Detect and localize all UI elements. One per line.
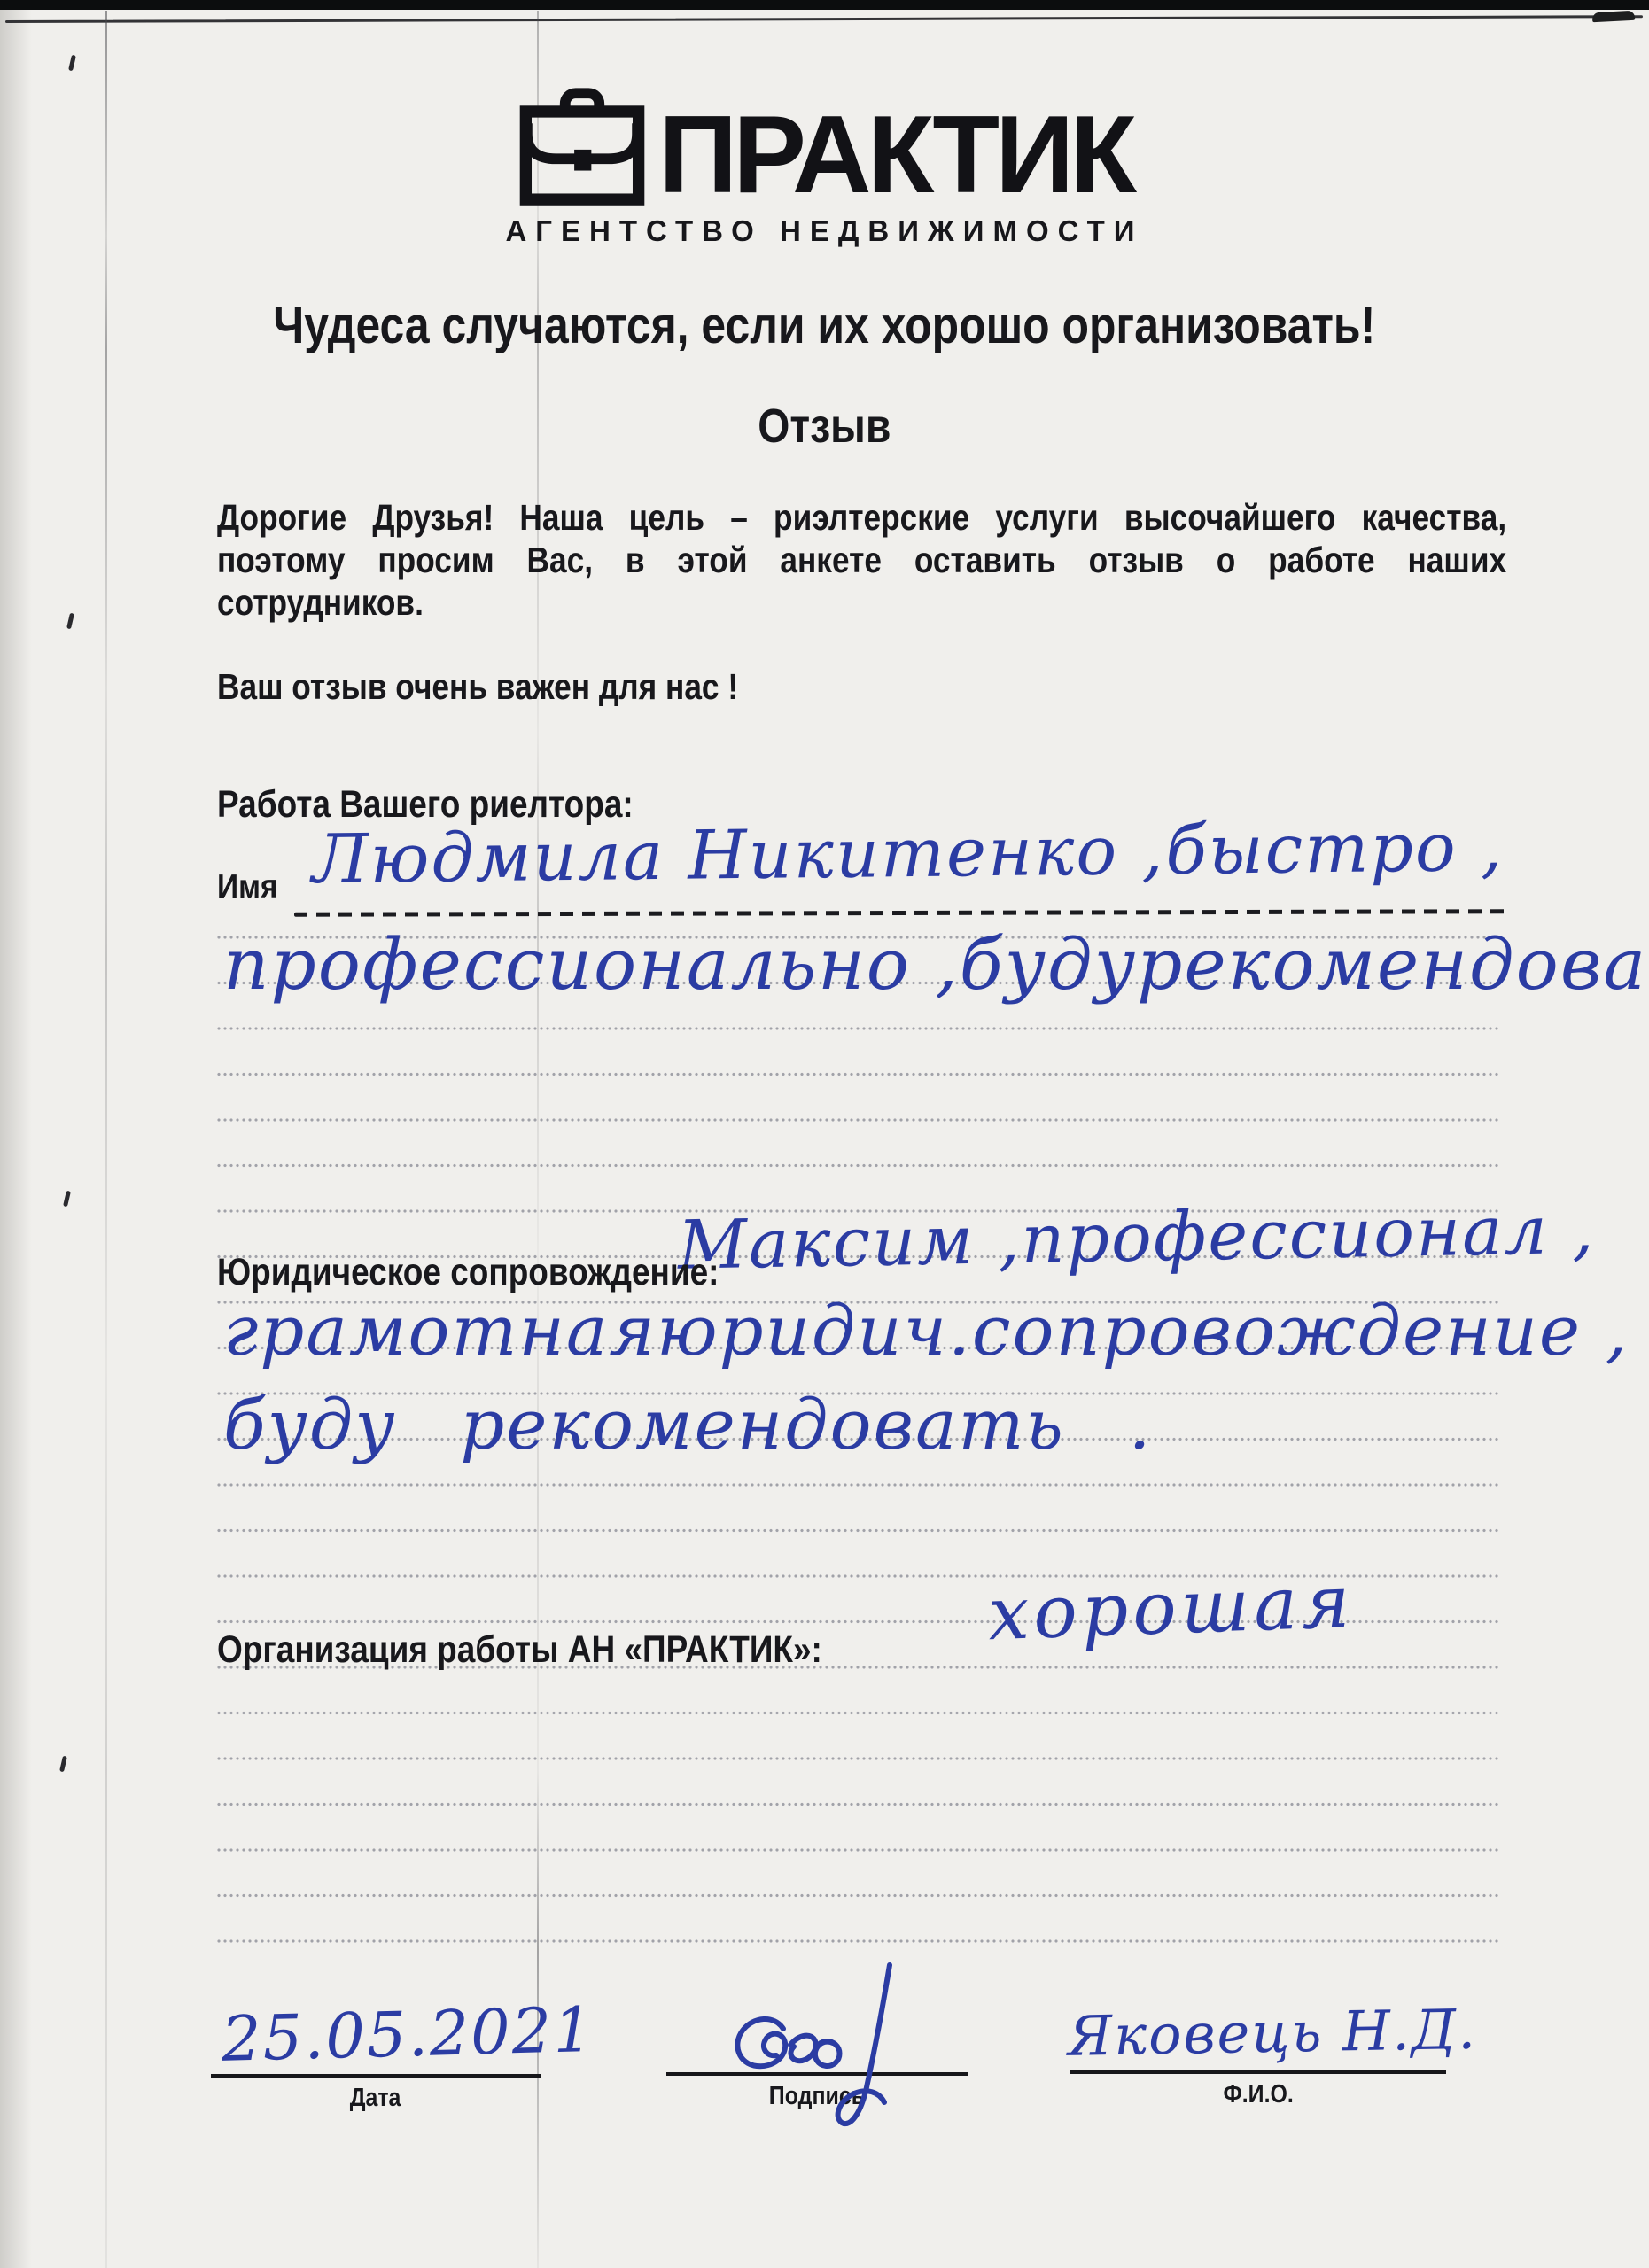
intro-paragraph: Дорогие Друзья! Наша цель – риэлтерские …: [217, 496, 1506, 624]
fio-value-handwriting: Яковець Н.Д.: [1067, 1997, 1458, 2069]
legal-section-label: Юридическое сопровождение:: [217, 1251, 801, 1294]
scan-tick-mark: [68, 55, 76, 72]
fio-label: Ф.И.О.: [1070, 2080, 1446, 2109]
legal-feedback-handwriting-row2: грамотная юридич. сопровождение ,: [223, 1292, 1557, 1371]
form-title: Отзыв: [0, 399, 1649, 454]
scan-tick-mark: [59, 1756, 67, 1773]
handwritten-text: юридич.: [657, 1292, 972, 1371]
handwritten-text: быстро ,: [1165, 807, 1505, 889]
legal-feedback-handwriting-row1: Максим , профессионал ,: [677, 1190, 1568, 1285]
realtor-feedback-handwriting-row2: профессионально , буду рекомендовать: [223, 923, 1557, 1006]
handwritten-text: грамотная: [223, 1292, 657, 1371]
organization-section-label: Организация работы АН «ПРАКТИК»:: [217, 1628, 921, 1672]
intro-line: сотрудников.: [217, 581, 1506, 624]
brand-subtitle: АГЕНТСТВО НЕДВИЖИМОСТИ: [505, 214, 1143, 248]
scan-top-edge-artifact: [0, 0, 1649, 10]
name-field-line: [294, 909, 1510, 917]
slogan: Чудеса случаются, если их хорошо организ…: [0, 296, 1649, 355]
intro-line: Дорогие Друзья! Наша цель – риэлтерские …: [217, 496, 1506, 539]
handwritten-text: буду: [960, 923, 1137, 1006]
date-label: Дата: [211, 2084, 541, 2113]
brand-name: ПРАКТИК: [658, 99, 1132, 211]
scan-smudge-artifact: [1592, 11, 1636, 22]
handwritten-text: профессионал ,: [1021, 1190, 1596, 1278]
legal-feedback-handwriting-row3: буду рекомендовать .: [223, 1386, 1152, 1465]
intro-note: Ваш отзыв очень важен для нас !: [217, 666, 823, 708]
fio-line: [1070, 2070, 1446, 2074]
scan-tick-mark: [63, 1191, 71, 1208]
handwritten-text: сопровождение ,: [972, 1292, 1630, 1371]
handwritten-text: рекомендовать: [1137, 923, 1649, 1006]
scan-tick-mark: [66, 613, 74, 630]
intro-line: поэтому просим Вас, в этой анкете остави…: [217, 539, 1506, 581]
realtor-section-label: Работа Вашего риелтора:: [217, 783, 701, 827]
name-field-label: Имя: [217, 868, 288, 907]
date-value-handwriting: 25.05.2021: [221, 1994, 552, 2076]
briefcase-icon: [517, 73, 648, 211]
handwritten-text: профессионально ,: [223, 923, 960, 1006]
agency-logo: ПРАКТИК АГЕНТСТВО НЕДВИЖИМОСТИ: [0, 73, 1649, 248]
signature-handwriting: [705, 1960, 971, 2137]
scan-top-line-artifact: [5, 15, 1643, 23]
organization-feedback-handwriting: хорошая: [986, 1560, 1355, 1657]
